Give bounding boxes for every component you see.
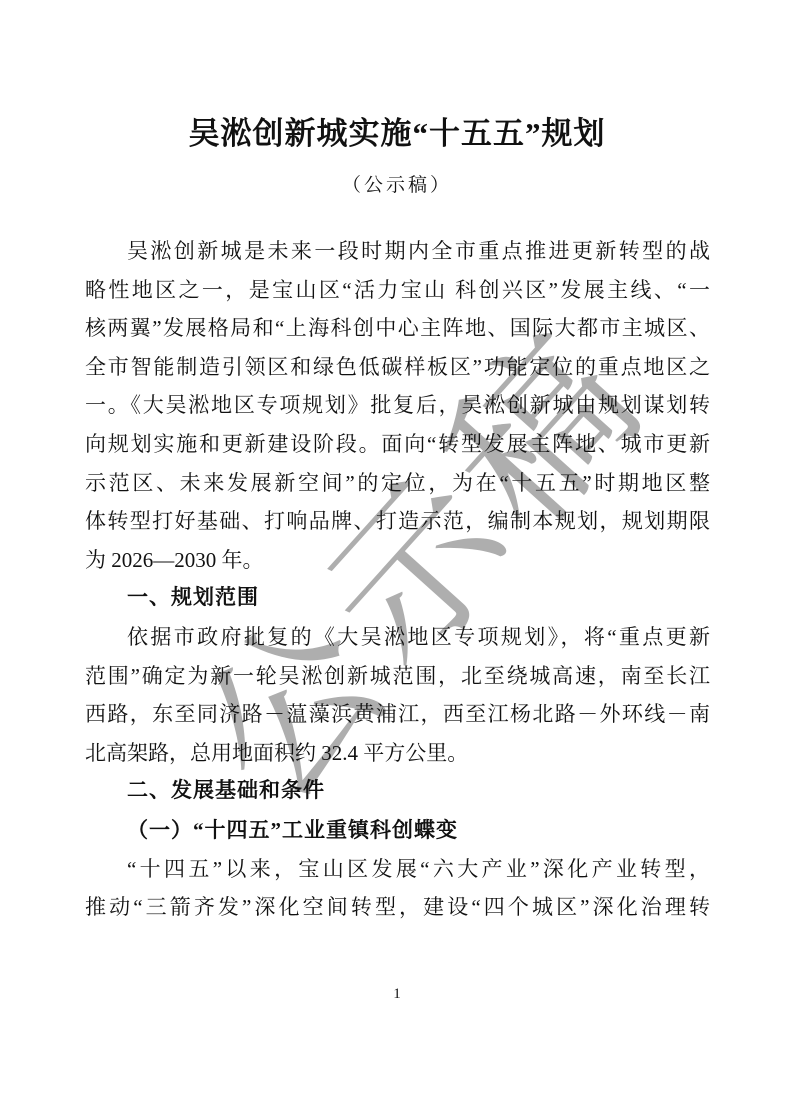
paragraph-line: 依据市政府批复的《大吴淞地区专项规划》，将“重点更新	[85, 618, 710, 657]
paragraph-line: 全市智能制造引领区和绿色低碳样板区”功能定位的重点地区之	[85, 348, 710, 387]
document-page: 公示稿 吴淞创新城实施“十五五”规划 （公示稿） 吴淞创新城是未来一段时期内全市…	[0, 0, 794, 1093]
paragraph-line: 向规划实施和更新建设阶段。面向“转型发展主阵地、城市更新	[85, 425, 710, 464]
paragraph-line: 西路，东至同济路－蕰藻浜黄浦江，西至江杨北路－外环线－南	[85, 695, 710, 734]
document-title: 吴淞创新城实施“十五五”规划	[0, 108, 794, 153]
paragraph-line: 一。《大吴淞地区专项规划》批复后，吴淞创新城由规划谋划转	[85, 386, 710, 425]
section-heading: （一）“十四五”工业重镇科创蝶变	[85, 811, 710, 850]
paragraph-line: 核两翼”发展格局和“上海科创中心主阵地、国际大都市主城区、	[85, 309, 710, 348]
paragraph-line: 北高架路，总用地面积约 32.4 平方公里。	[85, 734, 710, 773]
page-number: 1	[0, 986, 794, 1003]
paragraph-line: 略性地区之一，是宝山区“活力宝山 科创兴区”发展主线、“一	[85, 271, 710, 310]
section-heading: 一、规划范围	[85, 579, 710, 618]
document-subtitle: （公示稿）	[0, 170, 794, 197]
document-body: 吴淞创新城是未来一段时期内全市重点推进更新转型的战略性地区之一，是宝山区“活力宝…	[85, 232, 710, 927]
section-heading: 二、发展基础和条件	[85, 772, 710, 811]
paragraph-line: 推动“三箭齐发”深化空间转型，建设“四个城区”深化治理转	[85, 888, 710, 927]
paragraph-line: 吴淞创新城是未来一段时期内全市重点推进更新转型的战	[85, 232, 710, 271]
paragraph-line: 体转型打好基础、打响品牌、打造示范，编制本规划，规划期限	[85, 502, 710, 541]
paragraph-line: 范围”确定为新一轮吴淞创新城范围，北至绕城高速，南至长江	[85, 657, 710, 696]
paragraph-line: “十四五”以来，宝山区发展“六大产业”深化产业转型，	[85, 850, 710, 889]
paragraph-line: 为 2026—2030 年。	[85, 541, 710, 580]
paragraph-line: 示范区、未来发展新空间”的定位，为在“十五五”时期地区整	[85, 464, 710, 503]
